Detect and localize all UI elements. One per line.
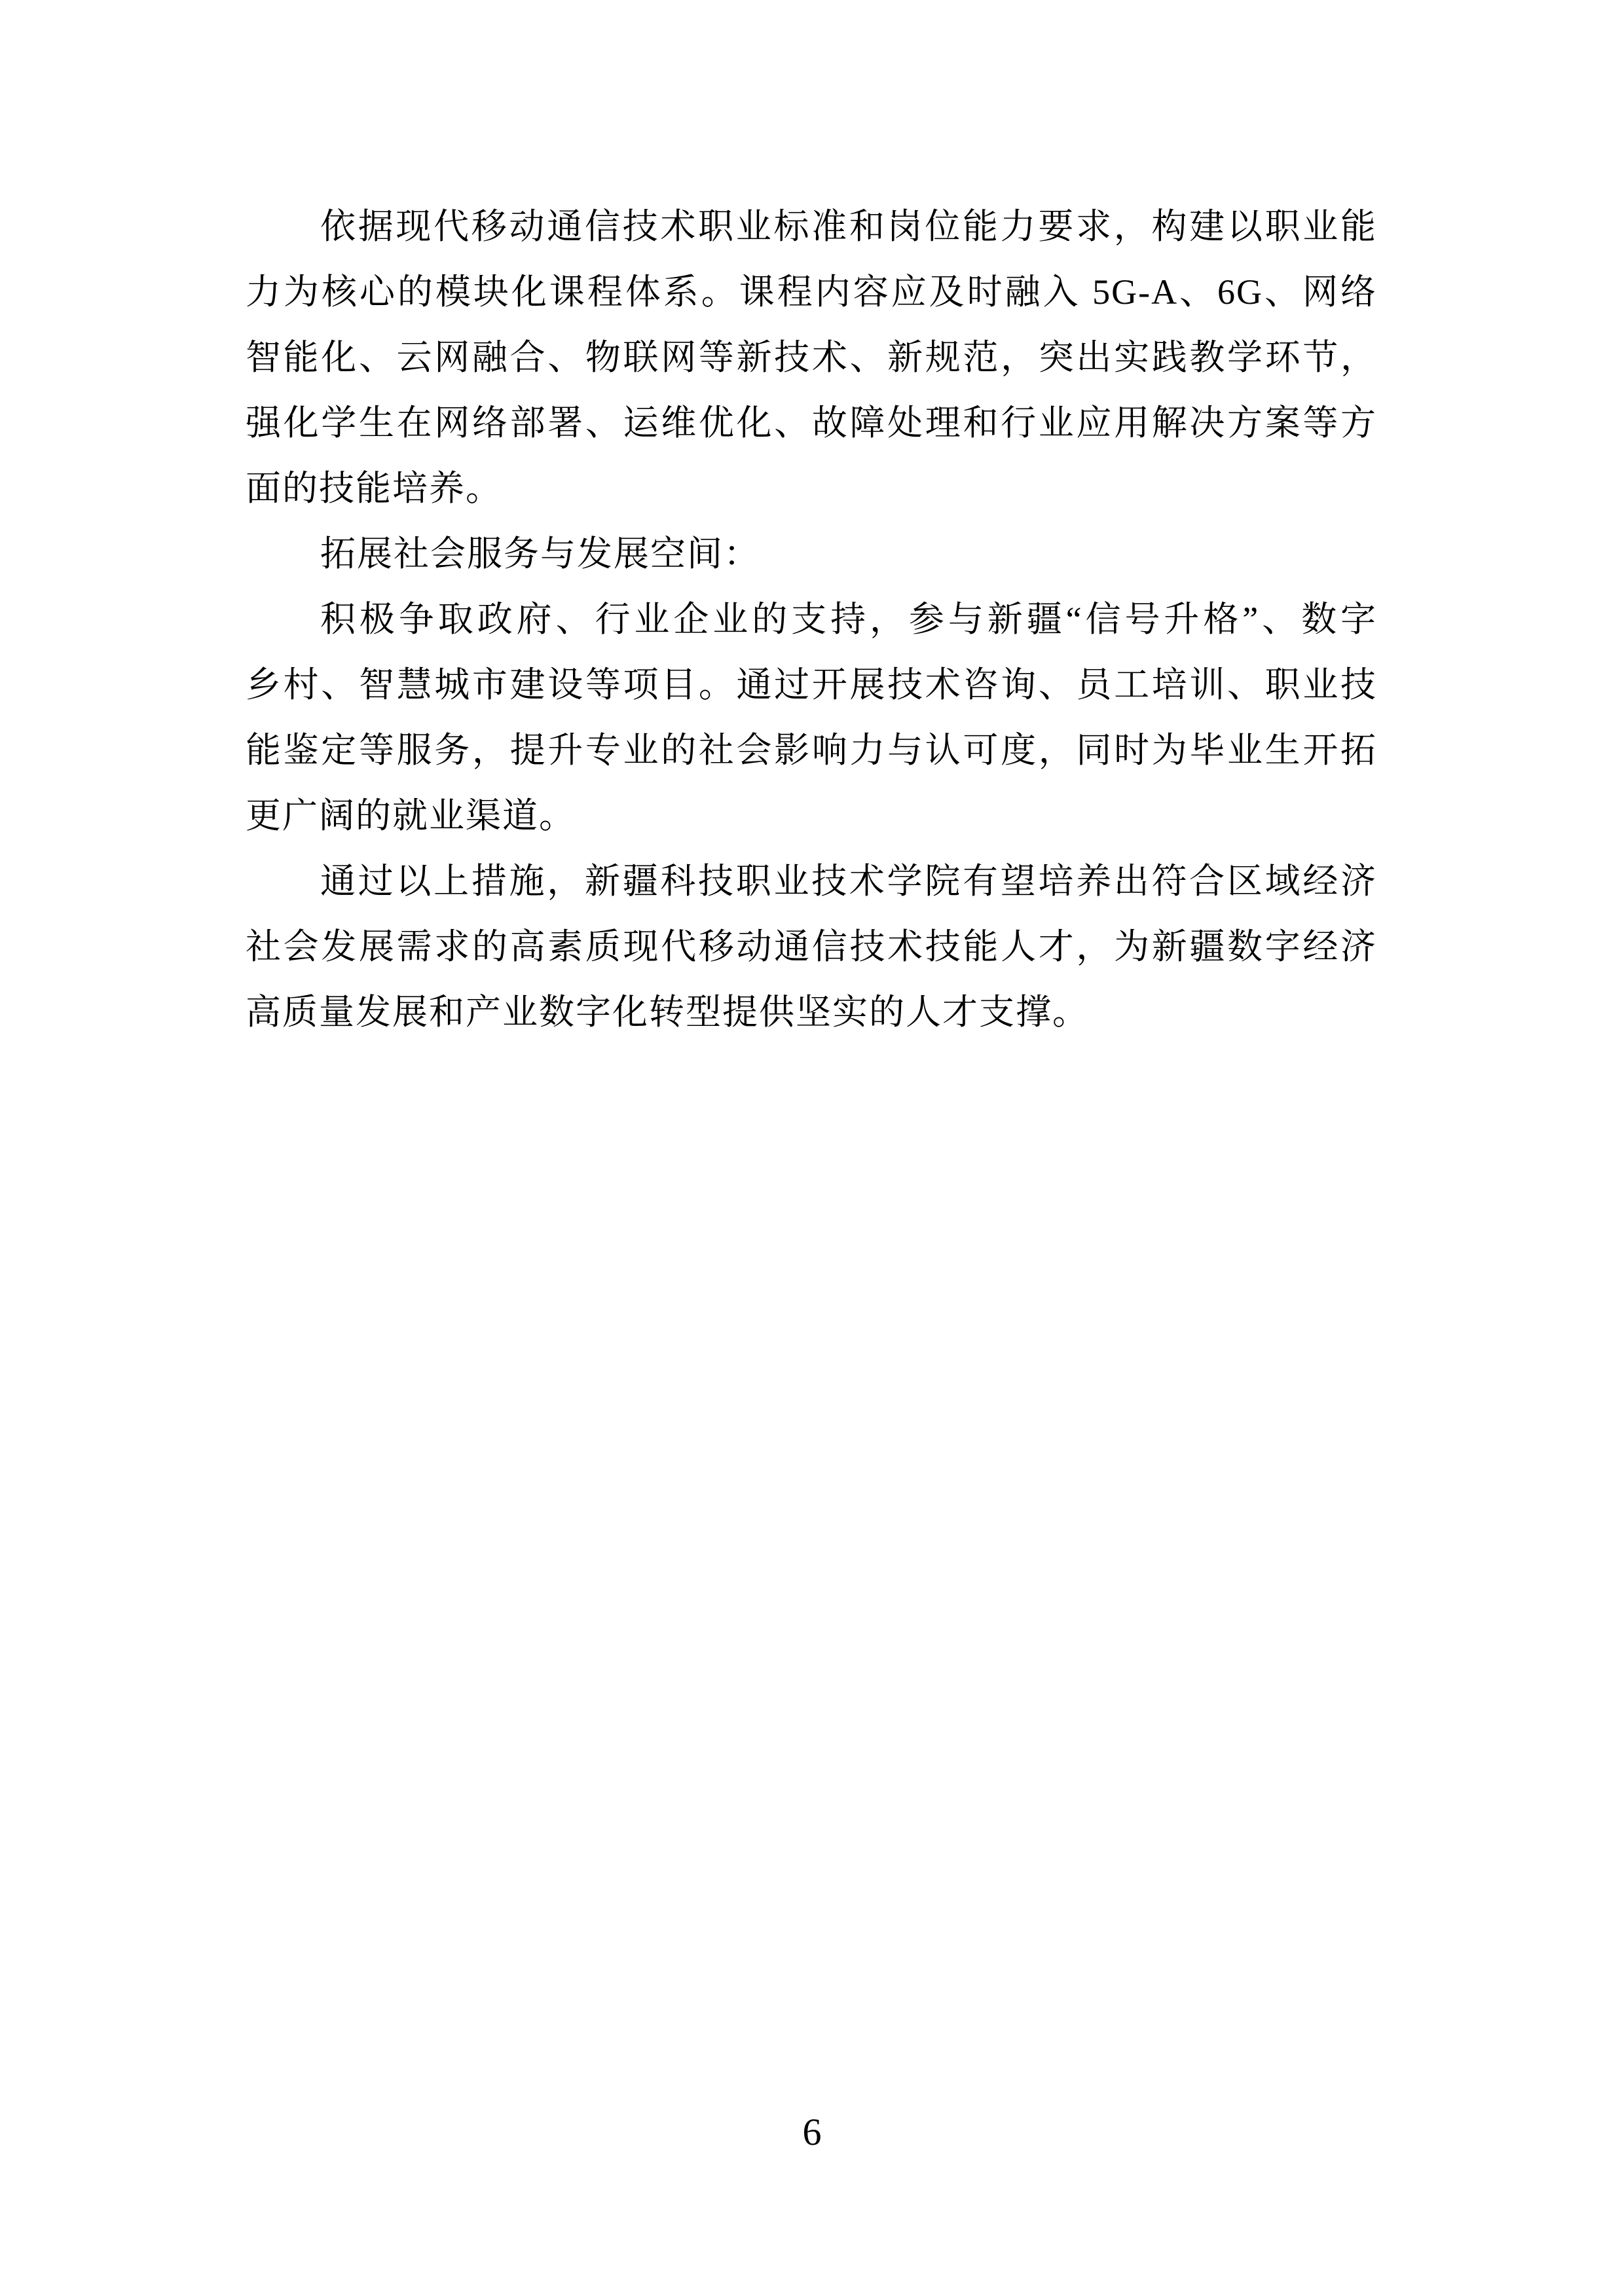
text-line: 乡村、智慧城市建设等项目。通过开展技术咨询、员工培训、职业技 — [246, 652, 1377, 718]
document-body: 依据现代移动通信技术职业标准和岗位能力要求，构建以职业能力为核心的模块化课程体系… — [246, 194, 1377, 1045]
text-line: 力为核心的模块化课程体系。课程内容应及时融入 5G-A、6G、网络 — [246, 259, 1377, 325]
text-line: 面的技能培养。 — [246, 456, 1377, 521]
text-line: 能鉴定等服务，提升专业的社会影响力与认可度，同时为毕业生开拓 — [246, 718, 1377, 783]
text-line: 智能化、云网融合、物联网等新技术、新规范，突出实践教学环节， — [246, 325, 1377, 390]
text-line: 高质量发展和产业数字化转型提供坚实的人才支撑。 — [246, 979, 1377, 1045]
text-line: 依据现代移动通信技术职业标准和岗位能力要求，构建以职业能 — [246, 194, 1377, 259]
text-line: 通过以上措施，新疆科技职业技术学院有望培养出符合区域经济 — [246, 848, 1377, 914]
text-line: 社会发展需求的高素质现代移动通信技术技能人才，为新疆数字经济 — [246, 914, 1377, 979]
text-line: 强化学生在网络部署、运维优化、故障处理和行业应用解决方案等方 — [246, 390, 1377, 456]
text-line: 拓展社会服务与发展空间： — [246, 521, 1377, 587]
text-line: 积极争取政府、行业企业的支持，参与新疆“信号升格”、数字 — [246, 587, 1377, 652]
page-number: 6 — [0, 2109, 1624, 2155]
document-page: 依据现代移动通信技术职业标准和岗位能力要求，构建以职业能力为核心的模块化课程体系… — [0, 0, 1624, 2296]
text-line: 更广阔的就业渠道。 — [246, 783, 1377, 848]
